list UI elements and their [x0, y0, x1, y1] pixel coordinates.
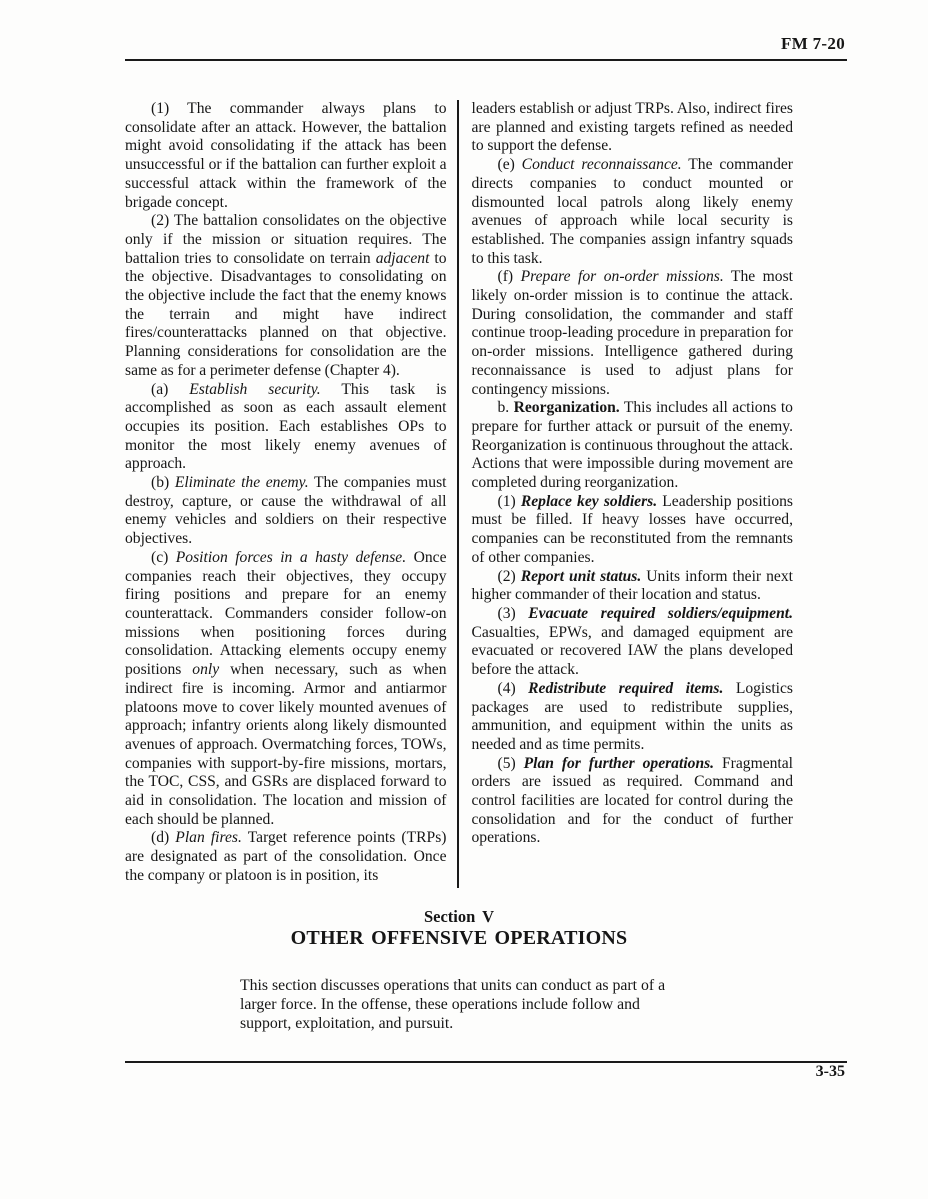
text-run: when necessary, such as when indirect fi…: [125, 661, 447, 828]
text-run: Report unit status.: [521, 568, 642, 585]
text-run: Conduct reconnaissance.: [522, 156, 682, 173]
manual-id-header: FM 7-20: [781, 34, 845, 54]
text-run: only: [192, 661, 219, 678]
paragraph: (a) Establish security. This task is acc…: [125, 381, 447, 475]
column-divider: [457, 100, 459, 888]
paragraph: (5) Plan for further operations. Fragmen…: [472, 755, 794, 849]
text-run: to the objective. Disadvantages to conso…: [125, 250, 447, 379]
right-column: leaders establish or adjust TRPs. Also, …: [472, 100, 794, 888]
paragraph: (2) The battalion consolidates on the ob…: [125, 212, 447, 380]
section-label: Section V: [125, 907, 793, 927]
text-run: (f): [498, 268, 521, 285]
text-run: (4): [498, 680, 529, 697]
footer-rule: [125, 1061, 847, 1063]
text-run: (1): [498, 493, 521, 510]
paragraph: (1) The commander always plans to consol…: [125, 100, 447, 212]
text-run: (1) The commander always plans to consol…: [125, 100, 447, 211]
text-run: Casualties, EPWs, and damaged equipment …: [472, 624, 794, 678]
section-heading: Section V OTHER OFFENSIVE OPERATIONS: [125, 907, 793, 950]
left-column: (1) The commander always plans to consol…: [125, 100, 447, 888]
text-run: Reorganization.: [514, 399, 620, 416]
section-title: OTHER OFFENSIVE OPERATIONS: [125, 927, 793, 950]
text-run: The most likely on-order mission is to c…: [472, 268, 794, 397]
paragraph: (c) Position forces in a hasty defense. …: [125, 549, 447, 830]
section-intro-paragraph: This section discusses operations that u…: [240, 976, 685, 1033]
text-run: (3): [498, 605, 529, 622]
text-run: adjacent: [376, 250, 430, 267]
paragraph: leaders establish or adjust TRPs. Also, …: [472, 100, 794, 156]
text-run: (e): [498, 156, 522, 173]
text-run: Plan fires.: [175, 829, 242, 846]
text-run: Once companies reach their objectives, t…: [125, 549, 447, 678]
text-run: Eliminate the enemy.: [175, 474, 309, 491]
text-run: Redistribute required items.: [528, 680, 723, 697]
text-run: (d): [151, 829, 175, 846]
paragraph: (e) Conduct reconnaissance. The commande…: [472, 156, 794, 268]
text-run: b.: [498, 399, 514, 416]
text-run: (5): [498, 755, 524, 772]
paragraph: (2) Report unit status. Units inform the…: [472, 568, 794, 605]
paragraph: (d) Plan fires. Target reference points …: [125, 829, 447, 885]
text-run: leaders establish or adjust TRPs. Also, …: [472, 100, 794, 154]
header-rule: [125, 59, 847, 61]
text-run: (a): [151, 381, 189, 398]
document-page: FM 7-20 (1) The commander always plans t…: [0, 0, 928, 1199]
page-number: 3-35: [816, 1063, 845, 1081]
text-run: Replace key soldiers.: [521, 493, 657, 510]
two-column-body: (1) The commander always plans to consol…: [125, 100, 793, 888]
paragraph: b. Reorganization. This includes all act…: [472, 399, 794, 493]
text-run: Evacuate required soldiers/equipment.: [528, 605, 793, 622]
text-run: (b): [151, 474, 175, 491]
paragraph: (3) Evacuate required soldiers/equipment…: [472, 605, 794, 680]
paragraph: (f) Prepare for on-order missions. The m…: [472, 268, 794, 399]
paragraph: (4) Redistribute required items. Logisti…: [472, 680, 794, 755]
text-run: (2): [498, 568, 521, 585]
paragraph: (1) Replace key soldiers. Leadership pos…: [472, 493, 794, 568]
text-run: Establish security.: [189, 381, 320, 398]
paragraph: (b) Eliminate the enemy. The companies m…: [125, 474, 447, 549]
text-run: Plan for further operations.: [524, 755, 715, 772]
text-run: (c): [151, 549, 176, 566]
text-run: Position forces in a hasty defense.: [176, 549, 406, 566]
text-run: Prepare for on-order missions.: [521, 268, 724, 285]
